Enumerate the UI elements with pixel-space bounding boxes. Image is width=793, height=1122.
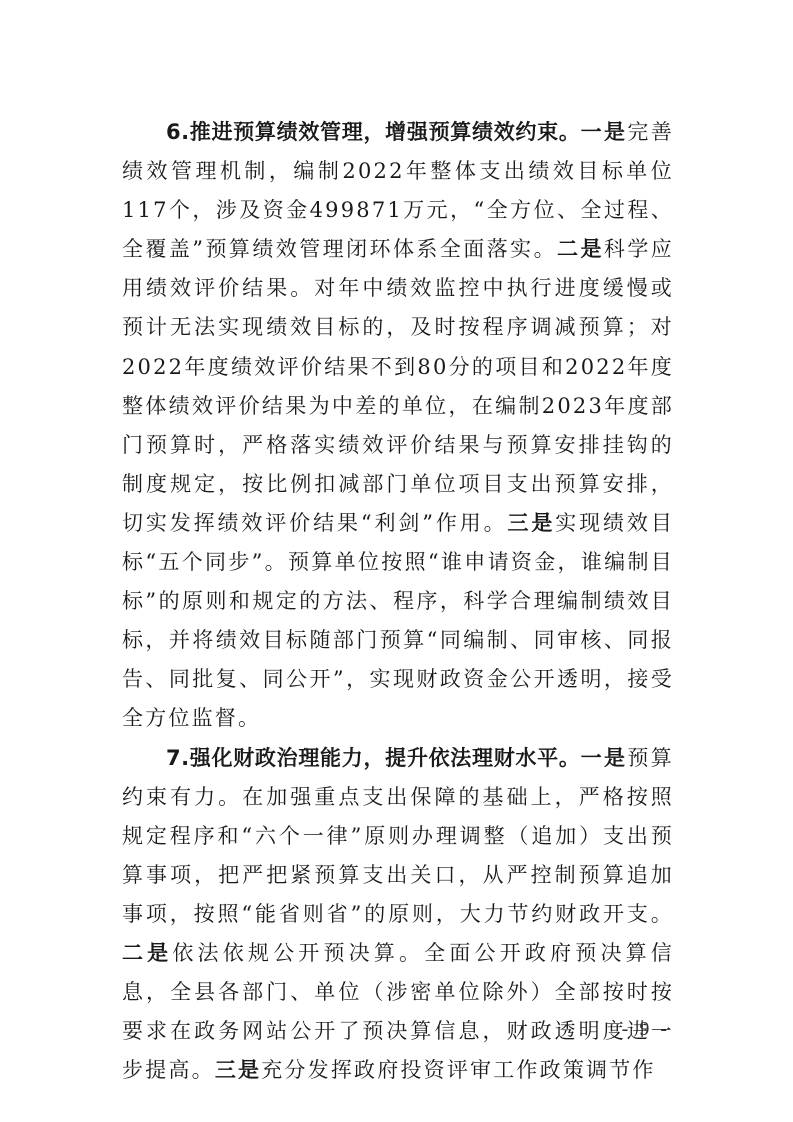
point-lead-1: 一是 <box>581 120 628 144</box>
paragraph-text: 科学应用绩效评价结果。对年中绩效监控中执行进度缓慢或预计无法实现绩效目标的，及时… <box>122 237 674 535</box>
document-page: 6.推进预算绩效管理，增强预算绩效约束。一是完善绩效管理机制，编制2022年整体… <box>0 0 793 1122</box>
paragraph-text: 充分发挥政府投资评审工作政策调节作 <box>261 1058 655 1082</box>
paragraph-text: 预算约束有力。在加强重点支出保障的基础上，严格按照规定程序和“六个一律”原则办理… <box>122 746 674 926</box>
point-lead-2: 二是 <box>557 237 604 261</box>
point-lead-2: 二是 <box>122 941 172 965</box>
document-body: 6.推进预算绩效管理，增强预算绩效约束。一是完善绩效管理机制，编制2022年整体… <box>122 113 674 1090</box>
paragraph-text: 实现绩效目标“五个同步”。预算单位按照“谁申请资金，谁编制目标”的原则和规定的方… <box>122 511 674 730</box>
point-lead-3: 三是 <box>215 1058 261 1082</box>
point-lead-1: 一是 <box>581 746 628 770</box>
section-heading-7: 7.强化财政治理能力，提升依法理财水平。 <box>166 746 581 770</box>
point-lead-3: 三是 <box>508 511 556 535</box>
paragraph-7-fiscal-governance: 7.强化财政治理能力，提升依法理财水平。一是预算约束有力。在加强重点支出保障的基… <box>122 739 674 1091</box>
page-number: - 9 - <box>600 1018 670 1041</box>
paragraph-6-budget-performance: 6.推进预算绩效管理，增强预算绩效约束。一是完善绩效管理机制，编制2022年整体… <box>122 113 674 739</box>
section-heading-6: 6.推进预算绩效管理，增强预算绩效约束。 <box>166 120 581 144</box>
